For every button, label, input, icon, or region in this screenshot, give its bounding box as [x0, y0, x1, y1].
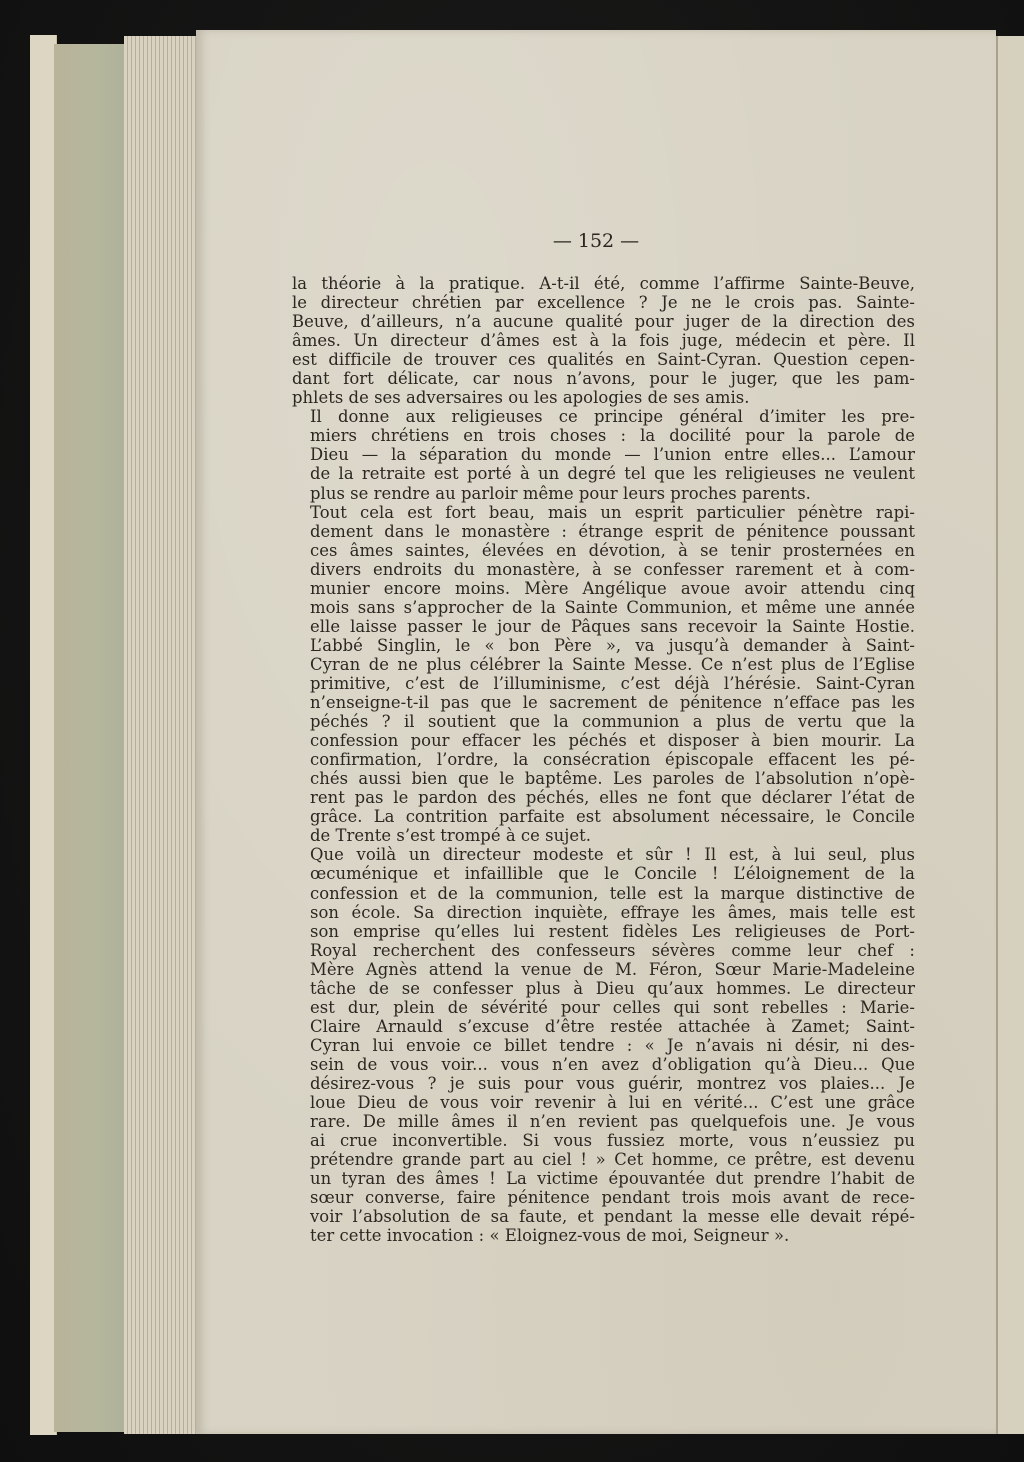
- text-line: voir l’absolution de sa faute, et pendan…: [292, 1207, 915, 1226]
- text-line: dant fort délicate, car nous n’avons, po…: [292, 369, 915, 388]
- text-line: est dur, plein de sévérité pour celles q…: [292, 998, 915, 1017]
- endpaper: [54, 44, 125, 1432]
- page-number: — 152 —: [196, 230, 996, 252]
- text-line: primitive, c’est de l’illuminisme, c’est…: [292, 674, 915, 693]
- paragraph: Tout cela est fort beau, mais un esprit …: [292, 503, 915, 846]
- text-line: plus se rendre au parloir même pour leur…: [292, 484, 915, 503]
- text-line: dement dans le monastère : étrange espri…: [292, 522, 915, 541]
- text-line: Que voilà un directeur modeste et sûr ! …: [292, 845, 915, 864]
- text-line: ai crue inconvertible. Si vous fussiez m…: [292, 1131, 915, 1150]
- text-line: rent pas le pardon des péchés, elles ne …: [292, 788, 915, 807]
- text-line: ces âmes saintes, élevées en dévotion, à…: [292, 541, 915, 560]
- text-line: rare. De mille âmes il n’en revient pas …: [292, 1112, 915, 1131]
- text-line: son emprise qu’elles lui restent fidèles…: [292, 922, 915, 941]
- text-line: son école. Sa direction inquiète, effray…: [292, 903, 915, 922]
- body-text: la théorie à la pratique. A-t-il été, co…: [292, 274, 915, 1245]
- text-line: sein de vous voir... vous n’en avez d’ob…: [292, 1055, 915, 1074]
- text-line: divers endroits du monastère, à se confe…: [292, 560, 915, 579]
- text-line: confession et de la communion, telle est…: [292, 884, 915, 903]
- page-edges-stack: [124, 36, 196, 1434]
- text-line: Beuve, d’ailleurs, n’a aucune qualité po…: [292, 312, 915, 331]
- paragraph: Il donne aux religieuses ce principe gén…: [292, 407, 915, 502]
- paragraph: Que voilà un directeur modeste et sûr ! …: [292, 845, 915, 1245]
- text-line: de Trente s’est trompé à ce sujet.: [292, 826, 915, 845]
- text-line: œcuménique et infaillible que le Concile…: [292, 864, 915, 883]
- text-line: Cyran lui envoie ce billet tendre : « Je…: [292, 1036, 915, 1055]
- text-line: n’enseigne-t-il pas que le sacrement de …: [292, 693, 915, 712]
- text-line: prétendre grande part au ciel ! » Cet ho…: [292, 1150, 915, 1169]
- text-line: tâche de se confesser plus à Dieu qu’aux…: [292, 979, 915, 998]
- text-line: L’abbé Singlin, le « bon Père », va jusq…: [292, 636, 915, 655]
- text-line: loue Dieu de vous voir revenir à lui en …: [292, 1093, 915, 1112]
- text-line: chés aussi bien que le baptême. Les paro…: [292, 769, 915, 788]
- text-line: de la retraite est porté à un degré tel …: [292, 464, 915, 483]
- text-line: le directeur chrétien par excellence ? J…: [292, 293, 915, 312]
- text-line: confession pour effacer les péchés et di…: [292, 731, 915, 750]
- text-line: miers chrétiens en trois choses : la doc…: [292, 426, 915, 445]
- text-line: ter cette invocation : « Eloignez-vous d…: [292, 1226, 915, 1245]
- text-line: sœur converse, faire pénitence pendant t…: [292, 1188, 915, 1207]
- text-line: âmes. Un directeur d’âmes est à la fois …: [292, 331, 915, 350]
- text-line: grâce. La contrition parfaite est absolu…: [292, 807, 915, 826]
- text-line: péchés ? il soutient que la communion a …: [292, 712, 915, 731]
- book-page: — 152 — la théorie à la pratique. A-t-il…: [196, 30, 996, 1434]
- next-page-edge: [996, 36, 1024, 1434]
- text-line: Royal recherchent des confesseurs sévère…: [292, 941, 915, 960]
- text-line: Dieu — la séparation du monde — l’union …: [292, 445, 915, 464]
- text-line: elle laisse passer le jour de Pâques san…: [292, 617, 915, 636]
- text-line: la théorie à la pratique. A-t-il été, co…: [292, 274, 915, 293]
- text-line: Il donne aux religieuses ce principe gén…: [292, 407, 915, 426]
- paragraph: la théorie à la pratique. A-t-il été, co…: [292, 274, 915, 407]
- text-line: est difficile de trouver ces qualités en…: [292, 350, 915, 369]
- text-line: phlets de ses adversaires ou les apologi…: [292, 388, 915, 407]
- text-line: mois sans s’approcher de la Sainte Commu…: [292, 598, 915, 617]
- book-cover-edge: [30, 35, 57, 1435]
- text-line: Mère Agnès attend la venue de M. Féron, …: [292, 960, 915, 979]
- text-line: un tyran des âmes ! La victime épouvanté…: [292, 1169, 915, 1188]
- text-line: munier encore moins. Mère Angélique avou…: [292, 579, 915, 598]
- text-line: désirez-vous ? je suis pour vous guérir,…: [292, 1074, 915, 1093]
- text-line: Cyran de ne plus célébrer la Sainte Mess…: [292, 655, 915, 674]
- text-line: Claire Arnauld s’excuse d’être restée at…: [292, 1017, 915, 1036]
- text-line: confirmation, l’ordre, la consécration é…: [292, 750, 915, 769]
- text-line: Tout cela est fort beau, mais un esprit …: [292, 503, 915, 522]
